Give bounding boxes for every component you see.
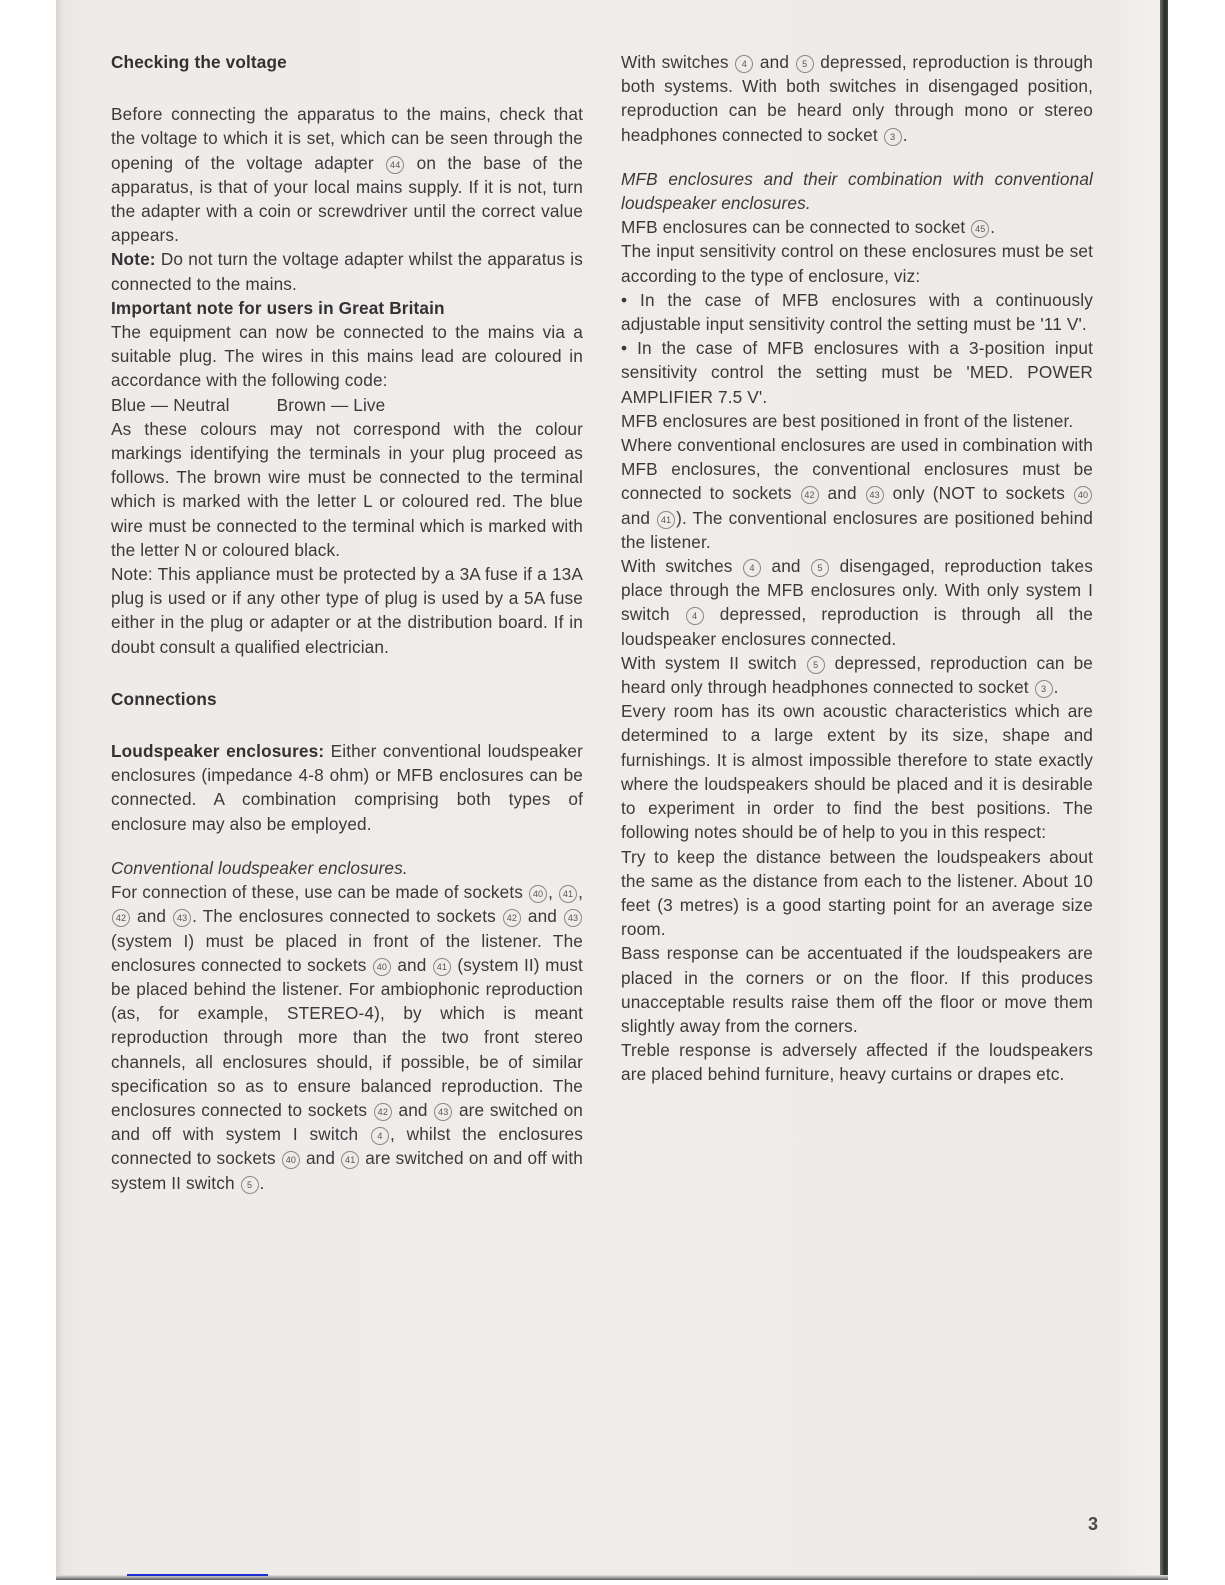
code-blue: Blue — Neutral	[111, 393, 230, 417]
heading-checking-voltage: Checking the voltage	[111, 50, 583, 74]
distance-paragraph: Try to keep the distance between the lou…	[621, 845, 1093, 942]
callout-41-icon: 41	[341, 1151, 359, 1169]
right-column: With switches 4 and 5 depressed, reprodu…	[621, 50, 1093, 1087]
voltage-paragraph: Before connecting the apparatus to the m…	[111, 102, 583, 247]
callout-42-icon: 42	[112, 909, 130, 927]
callout-4-icon: 4	[743, 559, 761, 577]
callout-40-icon: 40	[1074, 486, 1092, 504]
bass-paragraph: Bass response can be accentuated if the …	[621, 941, 1093, 1038]
callout-43-icon: 43	[434, 1103, 452, 1121]
callout-44-icon: 44	[386, 156, 404, 174]
wire-colour-codes: Blue — Neutral Brown — Live	[111, 393, 583, 417]
callout-43-icon: 43	[866, 486, 884, 504]
conventional-paragraph: For connection of these, use can be made…	[111, 880, 583, 1195]
heading-connections: Connections	[111, 687, 583, 711]
page-spine-shadow	[1160, 0, 1168, 1580]
callout-40-icon: 40	[529, 885, 547, 903]
callout-3-icon: 3	[1035, 680, 1053, 698]
voltage-note: Note: Do not turn the voltage adapter wh…	[111, 247, 583, 295]
bullet-3-position: • In the case of MFB enclosures with a 3…	[621, 336, 1093, 409]
mfb-position-paragraph: MFB enclosures are best positioned in fr…	[621, 409, 1093, 433]
callout-45-icon: 45	[971, 220, 989, 238]
gb-paragraph: The equipment can now be connected to th…	[111, 320, 583, 393]
system-2-paragraph: With system II switch 5 depressed, repro…	[621, 651, 1093, 699]
callout-42-icon: 42	[503, 909, 521, 927]
callout-4-icon: 4	[371, 1127, 389, 1145]
callout-42-icon: 42	[801, 486, 819, 504]
callout-5-icon: 5	[796, 55, 814, 73]
callout-3-icon: 3	[884, 128, 902, 146]
mfb-heading: MFB enclosures and their combination wit…	[621, 167, 1093, 215]
callout-5-icon: 5	[807, 656, 825, 674]
callout-40-icon: 40	[373, 958, 391, 976]
loudspeaker-paragraph: Loudspeaker enclosures: Either conventio…	[111, 739, 583, 836]
combination-paragraph: Where conventional enclosures are used i…	[621, 433, 1093, 554]
scan-artifact-line	[127, 1574, 268, 1576]
mfb-sensitivity-paragraph: The input sensitivity control on these e…	[621, 239, 1093, 287]
callout-5-icon: 5	[811, 559, 829, 577]
colours-paragraph: As these colours may not correspond with…	[111, 417, 583, 562]
callout-4-icon: 4	[686, 607, 704, 625]
callout-40-icon: 40	[282, 1151, 300, 1169]
treble-paragraph: Treble response is adversely affected if…	[621, 1038, 1093, 1086]
disengaged-paragraph: With switches 4 and 5 disengaged, reprod…	[621, 554, 1093, 651]
callout-41-icon: 41	[433, 958, 451, 976]
callout-43-icon: 43	[173, 909, 191, 927]
mfb-socket-paragraph: MFB enclosures can be connected to socke…	[621, 215, 1093, 239]
room-acoustics-paragraph: Every room has its own acoustic characte…	[621, 699, 1093, 844]
fuse-note: Note: This appliance must be protected b…	[111, 562, 583, 659]
conventional-heading: Conventional loudspeaker enclosures.	[111, 856, 583, 880]
callout-42-icon: 42	[374, 1103, 392, 1121]
left-column: Checking the voltage Before connecting t…	[111, 50, 583, 1195]
callout-43-icon: 43	[564, 909, 582, 927]
switches-paragraph: With switches 4 and 5 depressed, reprodu…	[621, 50, 1093, 147]
bullet-continuous: • In the case of MFB enclosures with a c…	[621, 288, 1093, 336]
callout-5-icon: 5	[241, 1176, 259, 1194]
callout-41-icon: 41	[657, 511, 675, 529]
callout-4-icon: 4	[735, 55, 753, 73]
page-number: 3	[1088, 1514, 1098, 1535]
callout-41-icon: 41	[559, 885, 577, 903]
heading-great-britain: Important note for users in Great Britai…	[111, 296, 583, 320]
code-brown: Brown — Live	[277, 393, 386, 417]
